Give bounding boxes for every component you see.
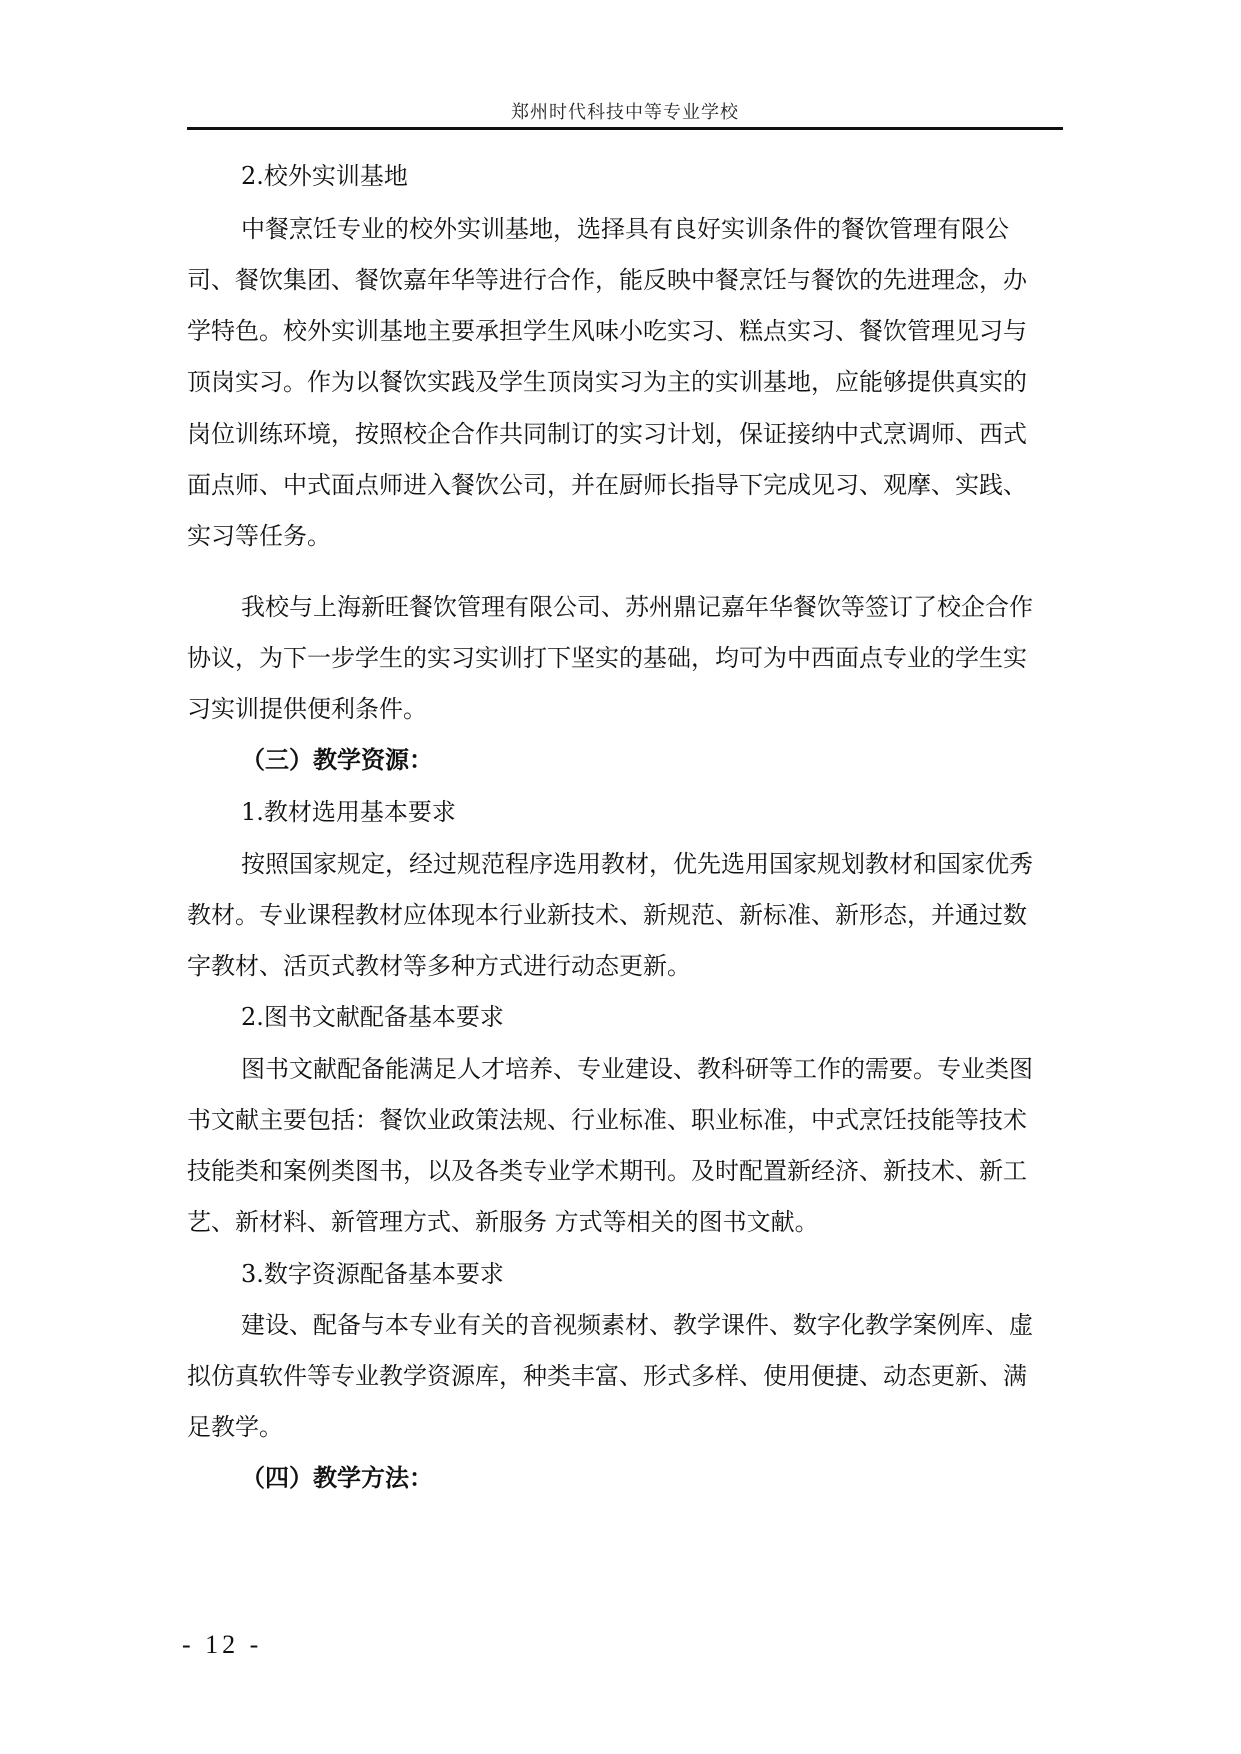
text-line: 2.校外实训基地 [241,160,408,192]
running-header: 郑州时代科技中等专业学校 [187,98,1063,124]
text-line: 艺、新材料、新管理方式、新服务 方式等相关的图书文献。 [187,1206,819,1238]
text-line: 习实训提供便利条件。 [187,693,427,725]
text-line: 字教材、活页式教材等多种方式进行动态更新。 [187,950,691,982]
text-line: 我校与上海新旺餐饮管理有限公司、苏州鼎记嘉年华餐饮等签订了校企合作 [241,591,1033,623]
text-line: 2.图书文献配备基本要求 [241,1001,504,1033]
section-heading: （三）教学资源： [241,744,433,776]
text-line: 面点师、中式面点师进入餐饮公司，并在厨师长指导下完成见习、观摩、实践、 [187,469,1027,501]
text-line: 书文献主要包括：餐饮业政策法规、行业标准、职业标准，中式烹饪技能等技术 [187,1104,1027,1136]
text-line: 按照国家规定，经过规范程序选用教材，优先选用国家规划教材和国家优秀 [241,848,1033,880]
text-line: 顶岗实习。作为以餐饮实践及学生顶岗实习为主的实训基地，应能够提供真实的 [187,366,1027,398]
text-line: 图书文献配备能满足人才培养、专业建设、教科研等工作的需要。专业类图 [241,1053,1033,1085]
text-line: 中餐烹饪专业的校外实训基地，选择具有良好实训条件的餐饮管理有限公 [241,213,1009,245]
text-line: 建设、配备与本专业有关的音视频素材、教学课件、数字化教学案例库、虚 [241,1309,1033,1341]
text-line: 实习等任务。 [187,520,331,552]
text-line: 1.教材选用基本要求 [241,796,456,828]
header-rule [187,127,1063,130]
section-heading: （四）教学方法： [241,1462,433,1494]
text-line: 岗位训练环境，按照校企合作共同制订的实习计划，保证接纳中式烹调师、西式 [187,418,1027,450]
text-line: 足教学。 [187,1411,283,1443]
text-line: 教材。专业课程教材应体现本行业新技术、新规范、新标准、新形态，并通过数 [187,899,1027,931]
text-line: 技能类和案例类图书，以及各类专业学术期刊。及时配置新经济、新技术、新工 [187,1155,1027,1187]
text-line: 学特色。校外实训基地主要承担学生风味小吃实习、糕点实习、餐饮管理见习与 [187,315,1027,347]
text-line: 3.数字资源配备基本要求 [241,1258,504,1290]
page-number: - 12 - [182,1630,262,1660]
text-line: 协议，为下一步学生的实习实训打下坚实的基础，均可为中西面点专业的学生实 [187,642,1027,674]
text-line: 司、餐饮集团、餐饮嘉年华等进行合作，能反映中餐烹饪与餐饮的先进理念，办 [187,264,1027,296]
text-line: 拟仿真软件等专业教学资源库，种类丰富、形式多样、使用便捷、动态更新、满 [187,1360,1027,1392]
